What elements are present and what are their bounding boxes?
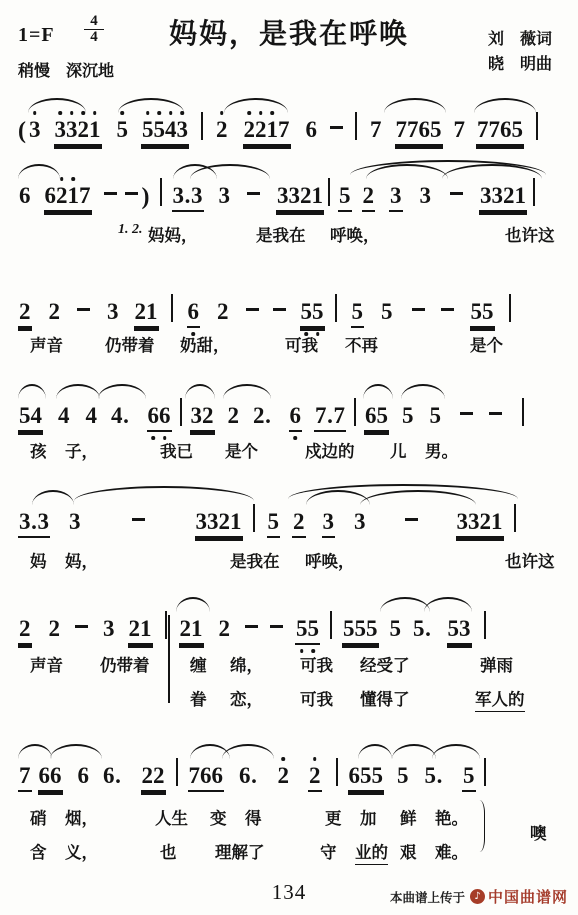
lyric-text: 得: [245, 805, 262, 829]
music-line-7: 76666.227666.2265555.5硝烟，人生变得更加鲜艳。含义，也理解…: [18, 740, 566, 792]
upload-text: 本曲谱上传于: [390, 888, 465, 906]
octave-up-dot: [169, 111, 173, 115]
lyric-text: 人生: [155, 805, 188, 829]
lyric-text: 烟，: [65, 805, 98, 829]
octave-up-dot: [270, 111, 274, 115]
lyric-text: 缠: [190, 652, 207, 676]
lyric-text: 经受了: [360, 652, 410, 676]
parenthesis: (: [18, 118, 26, 145]
note-token: 7: [453, 117, 467, 144]
note-token: 766: [188, 763, 225, 792]
barline: [253, 504, 255, 532]
note-token: 21: [179, 616, 204, 645]
note-token: 3: [322, 509, 336, 538]
note-token: 2: [292, 509, 306, 538]
lyric-text: 是我在: [256, 222, 306, 246]
lyric-text: 可我: [300, 686, 333, 710]
octave-up-dot: [33, 111, 37, 115]
dash-note: [450, 192, 463, 195]
note-token: 3: [28, 117, 42, 144]
lyric-text: 难。: [435, 839, 468, 863]
note-token: 3: [419, 183, 433, 210]
lyric-text: 鲜: [400, 805, 417, 829]
note-token: 4: [57, 403, 71, 430]
notation-row: 66217)3.33332152333321: [18, 160, 566, 212]
music-note-icon: ♪: [470, 889, 485, 904]
note-token: 55: [300, 299, 325, 328]
note-token: 53: [447, 616, 472, 645]
parenthesis: ): [142, 184, 150, 211]
lyric-text: 儿: [390, 438, 407, 462]
dash-note: [460, 412, 473, 415]
note-token: 5: [380, 299, 394, 326]
music-line-2: 66217)3.333321523333211. 2.妈妈，是我在呼唤，也许这: [18, 160, 566, 212]
lyric-text: 戍边的: [305, 438, 355, 462]
barline: [514, 504, 516, 532]
note-token: 5: [267, 509, 281, 538]
note-token: 3: [68, 509, 82, 536]
note-token: 2.: [252, 403, 273, 430]
octave-up-dot: [60, 177, 64, 181]
octave-up-dot: [281, 757, 285, 761]
lyric-text: 妈，: [65, 548, 98, 572]
note-token: 7: [369, 117, 383, 144]
notation-row: 223212125555555.53: [18, 593, 566, 645]
lyric-text: 是个: [470, 332, 503, 356]
notation-row: 76666.227666.2265555.5: [18, 740, 566, 792]
barline: [355, 112, 357, 140]
barline: [484, 758, 486, 786]
octave-up-dot: [146, 111, 150, 115]
note-token: 21: [128, 616, 153, 645]
lyric-text: 更: [325, 805, 342, 829]
note-token: 2: [362, 183, 376, 212]
note-token: 22: [141, 763, 166, 792]
barline: [176, 758, 178, 786]
notation-row: 3.33332152333321: [18, 486, 566, 538]
note-token: 3321: [479, 183, 527, 212]
note-token: 5: [462, 763, 476, 792]
note-token: 66: [38, 763, 63, 792]
lyric-text: 理解了: [215, 839, 265, 863]
note-token: 2: [48, 299, 62, 326]
note-token: 3321: [276, 183, 324, 212]
barline: [165, 611, 167, 639]
note-token: 6: [305, 117, 319, 144]
note-token: 5.: [424, 763, 445, 790]
barline: [484, 611, 486, 639]
barline: [330, 611, 332, 639]
note-token: 5: [429, 403, 443, 430]
lyric-text: 可我: [300, 652, 333, 676]
note-token: 21: [134, 299, 159, 328]
octave-down-dot: [151, 436, 155, 440]
lyric-text: 变: [210, 805, 227, 829]
note-token: 6.: [102, 763, 123, 790]
notation-row: 2232162555555: [18, 276, 566, 328]
barline: [328, 178, 330, 206]
octave-up-dot: [70, 111, 74, 115]
dash-note: [412, 308, 425, 311]
note-token: 7: [18, 763, 32, 792]
note-token: 3.3: [18, 509, 50, 538]
lyric-text: 孩: [30, 438, 47, 462]
lyric-text: 是个: [225, 438, 258, 462]
note-token: 2217: [243, 117, 291, 146]
note-token: 6: [18, 183, 32, 210]
dash-note: [246, 308, 259, 311]
dash-note: [273, 308, 286, 311]
note-token: 2: [48, 616, 62, 643]
barline: [522, 398, 524, 426]
credits: 刘 薇词晓 明曲: [488, 26, 552, 76]
note-token: 2: [218, 616, 232, 643]
barline: [160, 178, 162, 206]
note-token: 55: [295, 616, 320, 645]
lyric-text: 眷: [190, 686, 207, 710]
lyric-text: 子，: [65, 438, 98, 462]
lyric-text: 男。: [425, 438, 458, 462]
lyric-text: 加: [360, 805, 377, 829]
dash-note: [125, 192, 138, 195]
verse-divider-line: [168, 615, 170, 703]
lyric-text: 硝: [30, 805, 47, 829]
lyric-text: 艰: [400, 839, 417, 863]
note-token: 2: [18, 616, 32, 645]
note-token: 5: [396, 763, 410, 790]
lyric-text: 恋，: [230, 686, 263, 710]
note-token: 3: [353, 509, 367, 536]
barline: [335, 294, 337, 322]
barline: [171, 294, 173, 322]
note-token: 2: [216, 299, 230, 326]
octave-up-dot: [120, 111, 124, 115]
note-token: 2: [215, 117, 229, 144]
barline: [354, 398, 356, 426]
lyric-text: 1. 2.: [118, 222, 143, 238]
lyric-text: 也: [160, 839, 177, 863]
notation-row: 54444.663222.67.76555: [18, 380, 566, 432]
lyric-text: 妈: [30, 548, 47, 572]
octave-up-dot: [220, 111, 224, 115]
note-token: 2: [18, 299, 32, 328]
lyric-text: 仍带着: [105, 332, 155, 356]
lyric-text: 我已: [160, 438, 193, 462]
lyric-text: 也许这: [505, 222, 555, 246]
note-token: 3: [389, 183, 403, 212]
octave-up-dot: [58, 111, 62, 115]
note-token: 3: [102, 616, 116, 643]
lyric-text: 业的: [355, 839, 388, 865]
dash-note: [270, 625, 283, 628]
note-token: 5543: [141, 117, 189, 146]
lyric-text: 军人的: [475, 686, 525, 712]
note-token: 2: [227, 403, 241, 430]
note-token: 6.: [238, 763, 259, 790]
note-token: 3: [218, 183, 232, 210]
upload-watermark: 本曲谱上传于 ♪ 中国曲谱网: [390, 886, 568, 907]
barline: [180, 398, 182, 426]
octave-up-dot: [180, 111, 184, 115]
lyric-text: 呼唤，: [305, 548, 355, 572]
octave-up-dot: [313, 757, 317, 761]
note-token: 4: [85, 403, 99, 430]
music-line-4: 54444.663222.67.76555孩子，我已是个戍边的儿男。: [18, 380, 566, 432]
note-token: 7765: [476, 117, 524, 146]
site-name: 中国曲谱网: [488, 886, 568, 907]
music-line-1: (33321555432221767776577765: [18, 94, 566, 146]
dash-note: [247, 192, 260, 195]
lyric-text: 是我在: [230, 548, 280, 572]
lyric-text: 艳。: [435, 805, 468, 829]
dash-note: [104, 192, 117, 195]
note-token: 5: [389, 616, 403, 643]
composer-credit: 晓 明曲: [488, 54, 552, 73]
note-token: 6217: [44, 183, 92, 212]
dash-note: [405, 518, 418, 521]
tempo-marking: 稍慢 深沉地: [18, 58, 114, 81]
note-token: 6: [77, 763, 91, 790]
octave-up-dot: [71, 177, 75, 181]
music-line-3: 2232162555555声音仍带着奶甜，可我不再是个: [18, 276, 566, 328]
note-token: 555: [342, 616, 379, 645]
note-token: 65: [364, 403, 389, 432]
lyricist-credit: 刘 薇词: [488, 29, 552, 48]
lyric-text: 妈妈，: [148, 222, 198, 246]
barline: [533, 178, 535, 206]
note-token: 6: [289, 403, 303, 432]
dash-note: [441, 308, 454, 311]
note-token: 6: [187, 299, 201, 328]
note-token: 3.3: [172, 183, 204, 212]
note-token: 32: [190, 403, 215, 432]
lyric-text: 绵，: [230, 652, 263, 676]
note-token: 7.7: [314, 403, 346, 432]
barline: [509, 294, 511, 322]
sheet-music-page: 1=F 4 4 妈妈，是我在呼唤 刘 薇词晓 明曲 稍慢 深沉地 (333215…: [0, 0, 578, 915]
site-logo: ♪ 中国曲谱网: [470, 886, 568, 907]
note-token: 66: [147, 403, 172, 432]
lyric-text: 奶甜，: [180, 332, 230, 356]
verse-end-brace: [476, 800, 485, 852]
lyric-text: 声音: [30, 652, 63, 676]
music-line-6: 223212125555555.53声音仍带着缠绵，可我经受了弹雨眷恋，可我懂得…: [18, 593, 566, 645]
octave-up-dot: [247, 111, 251, 115]
barline: [201, 112, 203, 140]
note-token: 2: [277, 763, 291, 790]
note-token: 55: [470, 299, 495, 328]
lyric-text: 可我: [285, 332, 318, 356]
dash-note: [330, 126, 343, 129]
dash-note: [489, 412, 502, 415]
note-token: 5: [401, 403, 415, 430]
note-token: 4.: [110, 403, 131, 430]
barline: [536, 112, 538, 140]
note-token: 5: [338, 183, 352, 212]
barline: [336, 758, 338, 786]
octave-down-dot: [293, 436, 297, 440]
dash-note: [245, 625, 258, 628]
notation-row: (33321555432221767776577765: [18, 94, 566, 146]
octave-up-dot: [157, 111, 161, 115]
dash-note: [132, 518, 145, 521]
note-token: 7765: [395, 117, 443, 146]
lyric-text: 呼唤，: [330, 222, 380, 246]
lyric-text: 守: [320, 839, 337, 863]
note-token: 3: [106, 299, 120, 326]
lyric-text: 噢: [530, 820, 547, 844]
note-token: 5.: [412, 616, 433, 643]
octave-up-dot: [259, 111, 263, 115]
lyric-text: 义，: [65, 839, 98, 863]
octave-up-dot: [81, 111, 85, 115]
dash-note: [75, 625, 88, 628]
dash-note: [77, 308, 90, 311]
note-token: 2: [308, 763, 322, 792]
lyric-text: 仍带着: [100, 652, 150, 676]
note-token: 5: [351, 299, 365, 328]
note-token: 3321: [456, 509, 504, 538]
note-token: 3321: [195, 509, 243, 538]
lyric-text: 含: [30, 839, 47, 863]
lyric-text: 不再: [345, 332, 378, 356]
note-token: 5: [116, 117, 130, 144]
lyric-text: 声音: [30, 332, 63, 356]
octave-up-dot: [93, 111, 97, 115]
music-line-5: 3.33332152333321妈妈，是我在呼唤，也许这: [18, 486, 566, 538]
lyric-text: 弹雨: [480, 652, 513, 676]
note-token: 3321: [54, 117, 102, 146]
lyric-text: 也许这: [505, 548, 555, 572]
note-token: 54: [18, 403, 43, 432]
lyric-text: 懂得了: [360, 686, 410, 710]
note-token: 655: [348, 763, 385, 792]
